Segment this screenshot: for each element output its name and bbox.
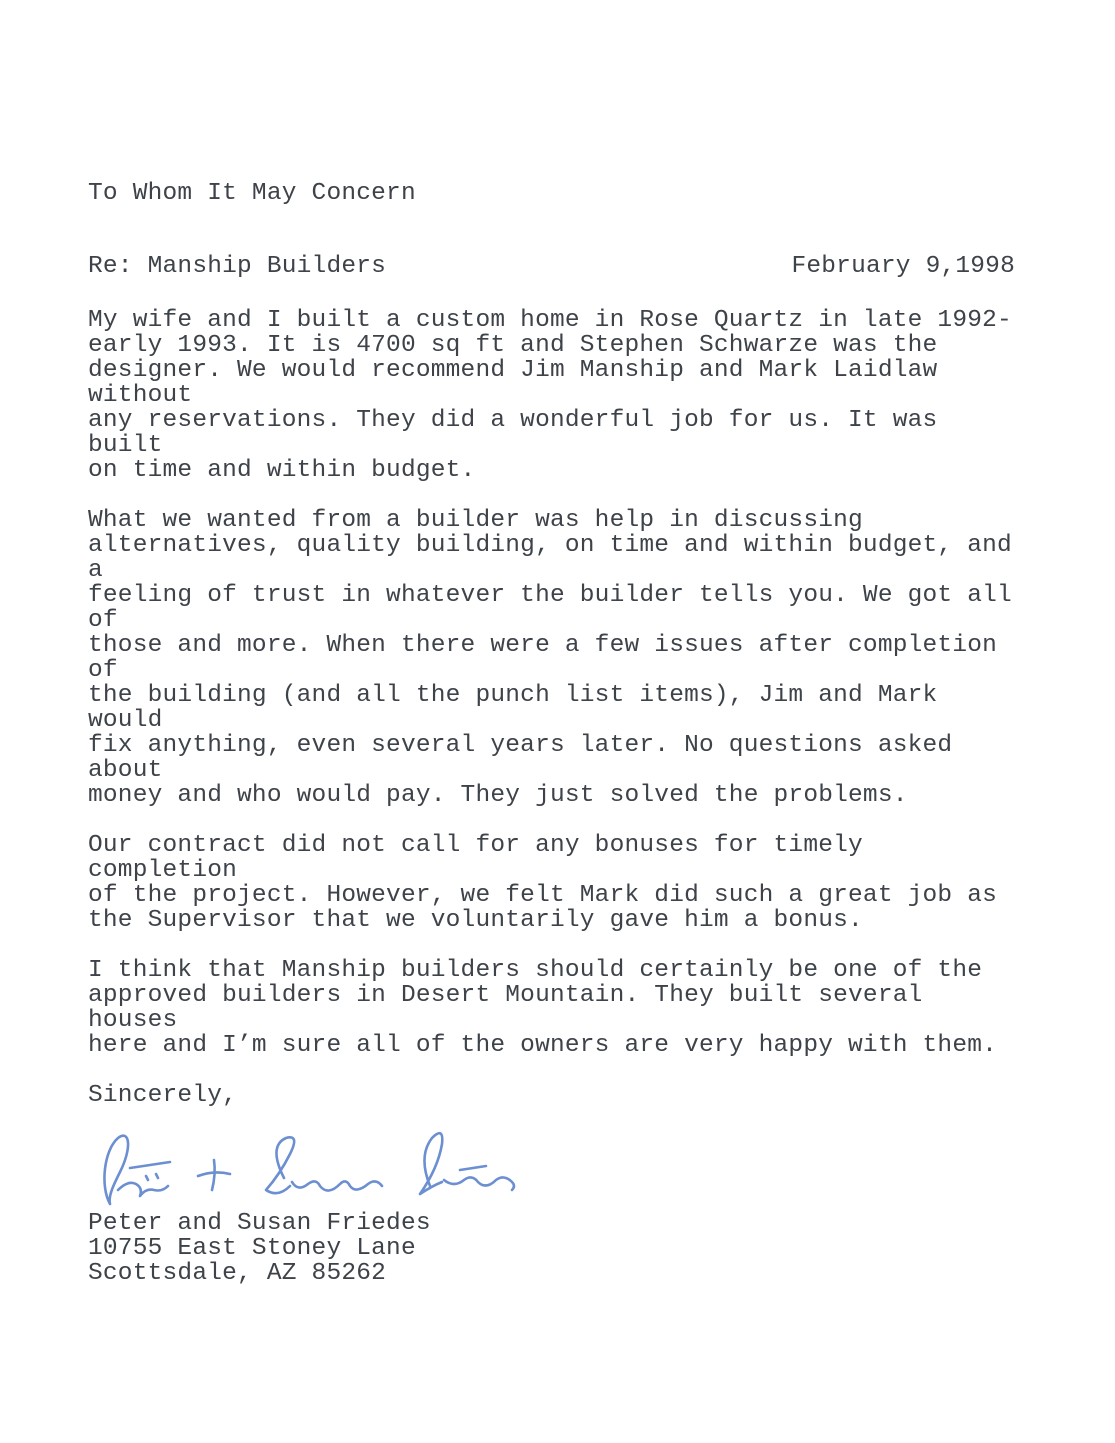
- sender-name: Peter and Susan Friedes: [88, 1211, 1018, 1236]
- signature-ink-strokes: [88, 1128, 518, 1211]
- paragraph-3: Our contract did not call for any bonuse…: [88, 833, 1018, 933]
- paragraph-2: What we wanted from a builder was help i…: [88, 508, 1018, 808]
- letter-content: To Whom It May Concern Re: Manship Build…: [88, 181, 1018, 1286]
- sender-block: Peter and Susan Friedes 10755 East Stone…: [88, 1211, 1018, 1286]
- date: February 9,1998: [791, 254, 1015, 279]
- handwritten-signature: [88, 1128, 518, 1211]
- sender-address-street: 10755 East Stoney Lane: [88, 1236, 1018, 1261]
- paragraph-1: My wife and I built a custom home in Ros…: [88, 308, 1018, 483]
- sender-address-city: Scottsdale, AZ 85262: [88, 1261, 1018, 1286]
- salutation: To Whom It May Concern: [88, 181, 1018, 206]
- subject-line: Re: Manship Builders: [88, 254, 386, 279]
- closing: Sincerely,: [88, 1083, 1018, 1108]
- paragraph-4: I think that Manship builders should cer…: [88, 958, 1018, 1058]
- subject-date-row: Re: Manship Builders February 9,1998: [88, 254, 1015, 279]
- letter-page: To Whom It May Concern Re: Manship Build…: [0, 0, 1115, 1443]
